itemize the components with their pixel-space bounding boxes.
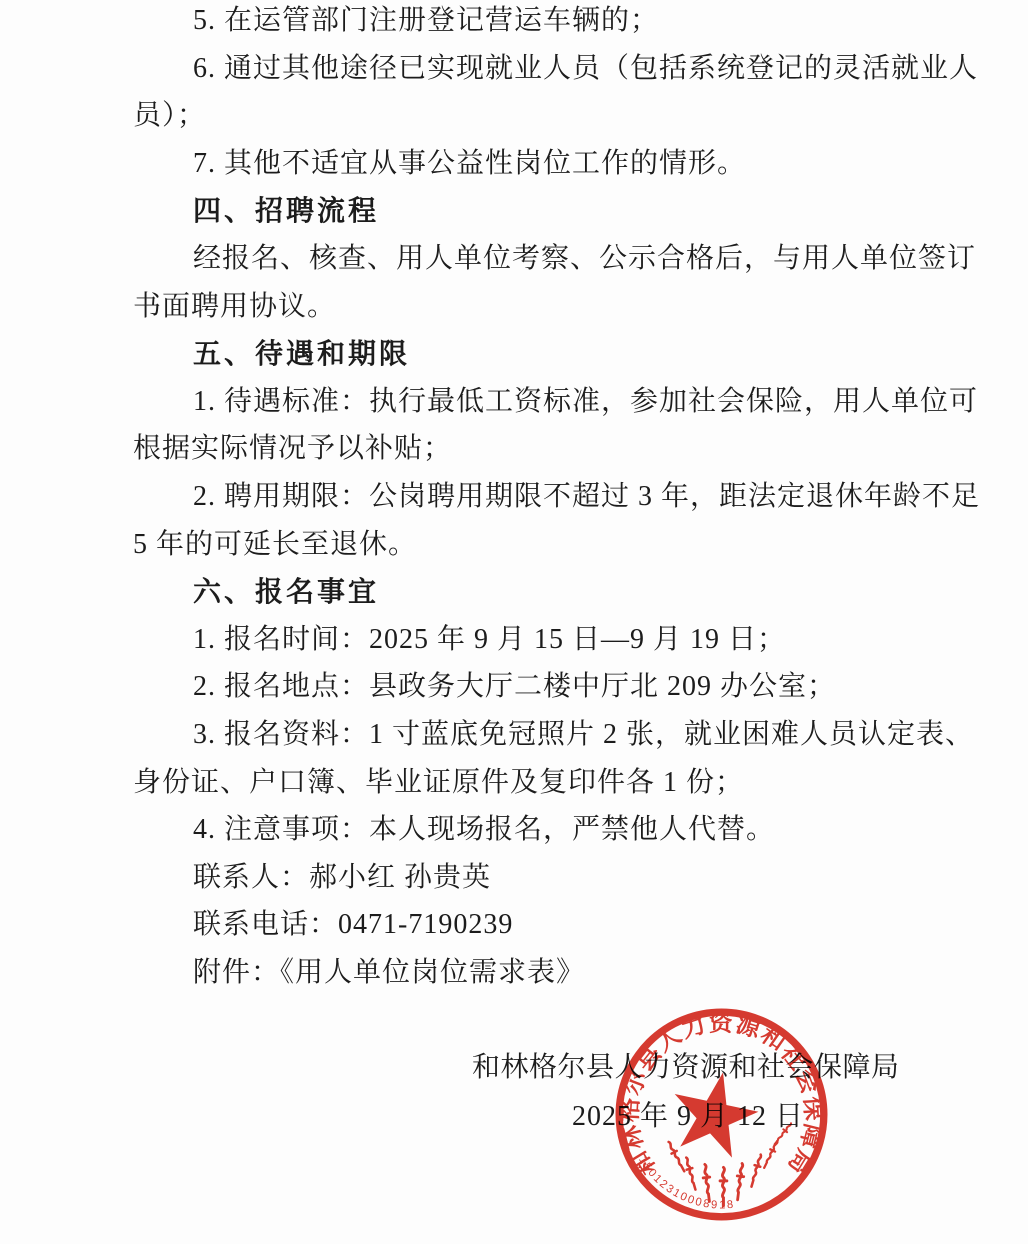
doc-line: 2. 聘用期限：公岗聘用期限不超过 3 年，距法定退休年龄不足 [133,473,1028,521]
seal-code: 15012310008918 [636,1154,736,1211]
doc-line: 书面聘用协议。 [133,283,1028,331]
doc-line: 4. 注意事项：本人现场报名，严禁他人代替。 [133,806,1028,854]
doc-line: 3. 报名资料：1 寸蓝底免冠照片 2 张，就业困难人员认定表、 [133,711,1028,759]
doc-line: 1. 待遇标准：执行最低工资标准，参加社会保险，用人单位可 [133,378,1028,426]
doc-line: 5 年的可延长至退休。 [133,521,1028,569]
contact-person-line: 联系人：郝小红 孙贵英 [133,854,1028,902]
seal-star-icon [664,1064,765,1161]
doc-line: 根据实际情况予以补贴； [133,425,1028,473]
section-heading: 六、报名事宜 [133,568,1028,616]
section-heading: 五、待遇和期限 [133,330,1028,378]
doc-line: 7. 其他不适宜从事公益性岗位工作的情形。 [133,140,1028,188]
attachment-line: 附件：《用人单位岗位需求表》 [133,949,1028,997]
doc-line: 2. 报名地点：县政务大厅二楼中厅北 209 办公室； [133,663,1028,711]
seal-code-holder: 15012310008918 [636,1154,736,1211]
doc-line: 5. 在运管部门注册登记营运车辆的； [133,0,1028,45]
doc-line: 6. 通过其他途径已实现就业人员（包括系统登记的灵活就业人 [133,45,1028,93]
contact-phone-line: 联系电话：0471-7190239 [133,901,1028,949]
doc-line: 经报名、核查、用人单位考察、公示合格后，与用人单位签订 [133,235,1028,283]
doc-line: 身份证、户口簿、毕业证原件及复印件各 1 份； [133,759,1028,807]
document-page: 5. 在运管部门注册登记营运车辆的； 6. 通过其他途径已实现就业人员（包括系统… [0,0,1028,1244]
official-seal: 和林格尔县人力资源和社会保障局 15012310008918 [604,997,839,1232]
doc-line: 员）； [133,92,1028,140]
doc-line: 1. 报名时间：2025 年 9 月 15 日—9 月 19 日； [133,616,1028,664]
section-heading: 四、招聘流程 [133,187,1028,235]
document-body: 5. 在运管部门注册登记营运车辆的； 6. 通过其他途径已实现就业人员（包括系统… [133,0,1028,996]
